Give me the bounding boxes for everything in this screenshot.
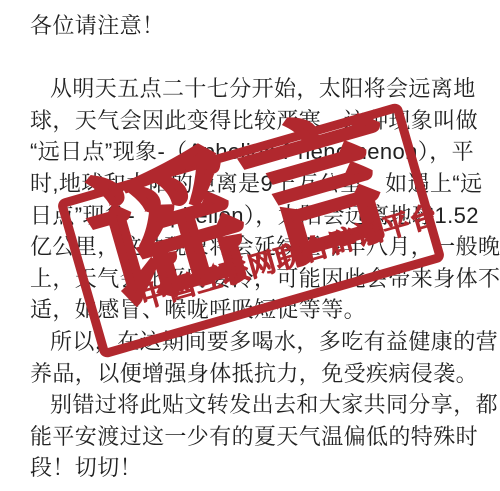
text-line: 适，如感冒、喉咙呼吸短促等等。 (30, 294, 495, 326)
text-line: 从明天五点二十七分开始，太阳将会远离地 (30, 73, 495, 105)
document-body: 各位请注意！ 从明天五点二十七分开始，太阳将会远离地 球，天气会因此变得比较严寒… (30, 10, 495, 484)
text-line: 时,地球和太阳的距离是9千万公里，如遇上“远 (30, 168, 495, 200)
text-line: 上，天气会比平时要冷，可能因此会带来身体不 (30, 263, 495, 295)
text-line: 能平安渡过这一少有的夏天气温偏低的特殊时 (30, 421, 495, 453)
text-line: 亿公里，这种现象将会延续至今年八月，一般晚 (30, 231, 495, 263)
text-line: 所以，在这期间要多喝水，多吃有益健康的营 (30, 326, 495, 358)
text-line: 段！切切！ (30, 452, 495, 484)
rumor-post-screenshot: 各位请注意！ 从明天五点二十七分开始，太阳将会远离地 球，天气会因此变得比较严寒… (0, 0, 500, 491)
text-line: 别错过将此贴文转发出去和大家共同分享，都 (30, 389, 495, 421)
text-line: 养品，以便增强身体抵抗力，免受疾病侵袭。 (30, 358, 495, 390)
blank-line (30, 42, 495, 74)
text-line: “远日点”现象-（Aphelion Phenomenon），平 (30, 136, 495, 168)
greeting-line: 各位请注意！ (30, 10, 495, 42)
text-line: 球，天气会因此变得比较严寒，这种现象叫做 (30, 105, 495, 137)
text-line: 日点”现象-（aphelion），太阳会远离地球1.52 (30, 200, 495, 232)
